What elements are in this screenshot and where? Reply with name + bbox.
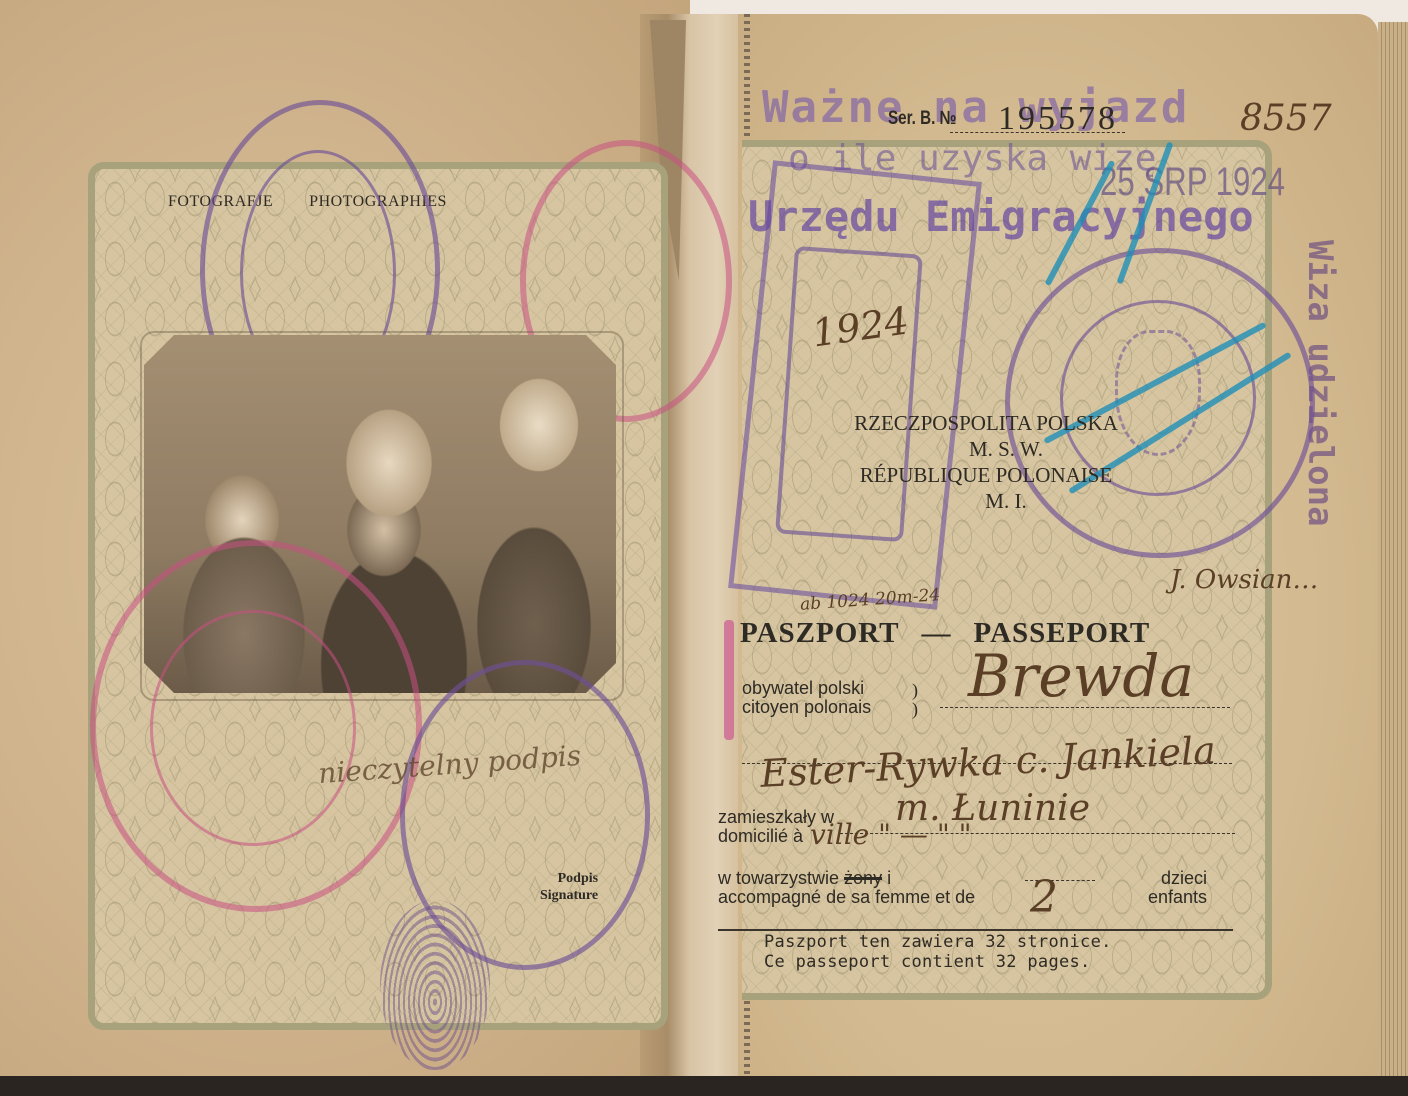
serial-dotted-line bbox=[950, 132, 1125, 133]
official-signature: J. Owsian… bbox=[1170, 565, 1318, 595]
signature-label-fr: Signature bbox=[540, 887, 598, 904]
issuing-authority: RZECZPOSPOLITA POLSKA M. S. W. RÉPUBLIQU… bbox=[786, 410, 1186, 514]
page-count-fr: Ce passeport contient 32 pages. bbox=[764, 952, 1112, 972]
issuer-ministry-pl: M. S. W. bbox=[786, 436, 1186, 462]
companions-pl-struck: żony bbox=[844, 868, 882, 888]
fingerprint bbox=[380, 900, 490, 1070]
issuer-line-fr: RÉPUBLIQUE POLONAISE bbox=[786, 462, 1186, 488]
companions-pl-1: w towarzystwie bbox=[718, 868, 839, 888]
title-separator: — bbox=[922, 617, 952, 649]
pink-ink-smear bbox=[724, 620, 734, 740]
holder-surname: Brewda bbox=[968, 642, 1194, 710]
residence-ville: ville " — " " bbox=[810, 818, 972, 851]
section-divider bbox=[718, 929, 1233, 931]
emigration-rect-stamp bbox=[728, 160, 982, 610]
luniniec-stamp-inner bbox=[150, 610, 356, 846]
children-label-pl: dzieci bbox=[1148, 869, 1207, 888]
page-count-pl: Paszport ten zawiera 32 stronice. bbox=[764, 932, 1112, 952]
citizen-label: obywatel polski citoyen polonais bbox=[742, 679, 871, 717]
citizen-label-pl: obywatel polski bbox=[742, 679, 871, 698]
companions-pl-2: i bbox=[887, 868, 891, 888]
page-stack-edge bbox=[1378, 22, 1408, 1096]
stamp-valid-line1: Ważne na wyjazd bbox=[762, 82, 1189, 133]
title-pl: PASZPORT bbox=[740, 617, 900, 649]
issuer-line-pl: RZECZPOSPOLITA POLSKA bbox=[786, 410, 1186, 436]
children-label-fr: enfants bbox=[1148, 888, 1207, 907]
citizen-label-fr: citoyen polonais bbox=[742, 698, 871, 717]
signature-label-pl: Podpis bbox=[540, 870, 598, 887]
companions-label: w towarzystwie żony i accompagné de sa f… bbox=[718, 869, 975, 907]
scan-shadow bbox=[0, 1076, 1408, 1096]
brace-glyph: )) bbox=[912, 681, 918, 719]
signature-label: Podpis Signature bbox=[540, 870, 598, 904]
handwritten-number: 8557 bbox=[1240, 98, 1332, 139]
children-label: dzieci enfants bbox=[1148, 869, 1207, 907]
companions-label-fr: accompagné de sa femme et de bbox=[718, 888, 975, 907]
serial-label: Ser. B. № bbox=[888, 108, 956, 130]
children-count: 2 bbox=[1030, 872, 1058, 923]
issuer-ministry-fr: M. I. bbox=[786, 488, 1186, 514]
page-count-note: Paszport ten zawiera 32 stronice. Ce pas… bbox=[764, 932, 1112, 972]
